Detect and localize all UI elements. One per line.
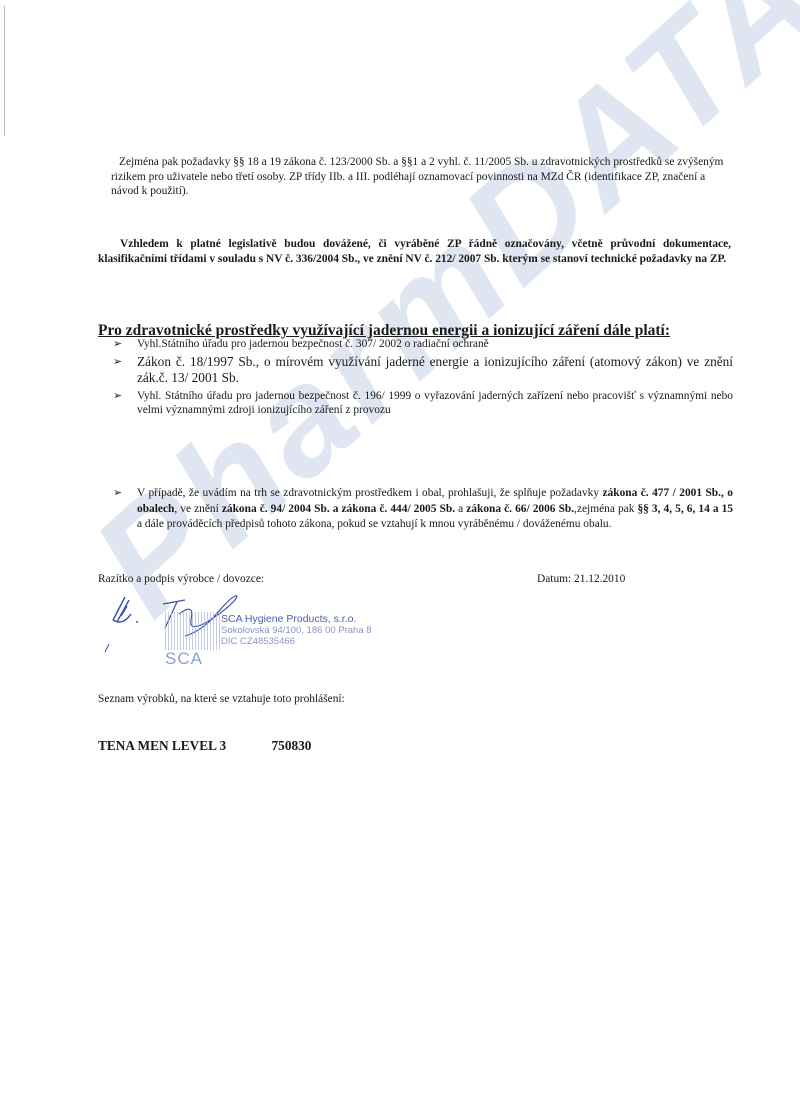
arrow-bullet-icon: ➢ [113, 486, 122, 502]
stamp-dic: DIC CZ48535466 [221, 636, 372, 647]
arrow-bullet-icon: ➢ [113, 354, 122, 370]
arrow-bullet-icon: ➢ [113, 389, 122, 403]
paragraph-legislation: Vzhledem k platné legislativě budou dová… [98, 237, 731, 266]
product-name: TENA MEN LEVEL 3 [98, 738, 226, 753]
stamp-address: Sokolovská 94/100, 186 00 Praha 8 [221, 625, 372, 636]
list-item: ➢ Vyhl.Státního úřadu pro jadernou bezpe… [113, 337, 733, 351]
list-item: ➢ Vyhl. Státního úřadu pro jadernou bezp… [113, 389, 733, 417]
product-code: 750830 [272, 738, 312, 753]
packaging-list: ➢ V případě, že uvádím na trh se zdravot… [113, 486, 733, 536]
scan-edge-line [4, 6, 5, 136]
signature-label: Razítko a podpis výrobce / dovozce: [98, 573, 264, 585]
sca-logo-pattern [165, 612, 220, 650]
company-stamp: SCA Hygiene Products, s.r.o. Sokolovská … [95, 592, 395, 672]
sca-logo: SCA [165, 649, 203, 669]
list-item: ➢ V případě, že uvádím na trh se zdravot… [113, 486, 733, 533]
stamp-company: SCA Hygiene Products, s.r.o. [221, 614, 372, 625]
paragraph-requirements: Zejména pak požadavky §§ 18 a 19 zákona … [111, 155, 731, 199]
nuclear-regulations-list: ➢ Vyhl.Státního úřadu pro jadernou bezpe… [113, 337, 733, 420]
arrow-bullet-icon: ➢ [113, 337, 122, 351]
products-label: Seznam výrobků, na které se vztahuje tot… [98, 693, 345, 705]
list-item: ➢ Zákon č. 18/1997 Sb., o mírovém využív… [113, 354, 733, 386]
date-label: Datum: 21.12.2010 [537, 573, 625, 585]
product-row: TENA MEN LEVEL 3 750830 [98, 738, 311, 754]
